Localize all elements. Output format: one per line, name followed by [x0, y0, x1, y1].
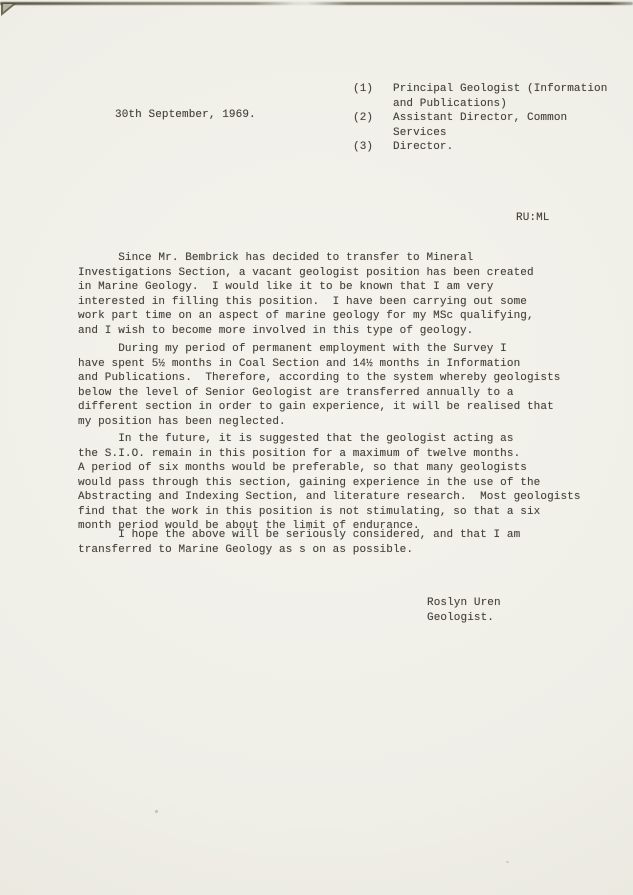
paragraph-3: In the future, it is suggested that the …: [78, 432, 581, 534]
signature-name: Roslyn Uren: [427, 596, 501, 611]
recipient-item-1: (1) Principal Geologist (Information and…: [353, 82, 607, 111]
signature-title: Geologist.: [427, 611, 501, 626]
recipient-number: (2): [353, 111, 393, 140]
paragraph-1: Since Mr. Bembrick has decided to transf…: [78, 251, 534, 338]
letter-page: 30th September, 1969. (1) Principal Geol…: [0, 0, 633, 895]
recipient-item-3: (3) Director.: [353, 140, 607, 155]
reference-initials: RU:ML: [516, 211, 550, 226]
signature-block: Roslyn Uren Geologist.: [427, 596, 501, 625]
corner-fold-highlight: [3, 4, 13, 12]
paper-speck: [155, 810, 158, 813]
paper-speck: [506, 861, 509, 863]
recipient-name: Director.: [393, 140, 453, 155]
recipient-name: Principal Geologist (Information and Pub…: [393, 82, 607, 111]
date-line: 30th September, 1969.: [115, 108, 256, 123]
paragraph-4: I hope the above will be seriously consi…: [78, 528, 520, 557]
recipient-name: Assistant Director, Common Services: [393, 111, 567, 140]
recipient-number: (1): [353, 82, 393, 111]
recipient-list: (1) Principal Geologist (Information and…: [353, 82, 607, 155]
paper-top-edge-shadow: [0, 2, 633, 5]
recipient-number: (3): [353, 140, 393, 155]
paragraph-2: During my period of permanent employment…: [78, 342, 560, 429]
recipient-item-2: (2) Assistant Director, Common Services: [353, 111, 607, 140]
